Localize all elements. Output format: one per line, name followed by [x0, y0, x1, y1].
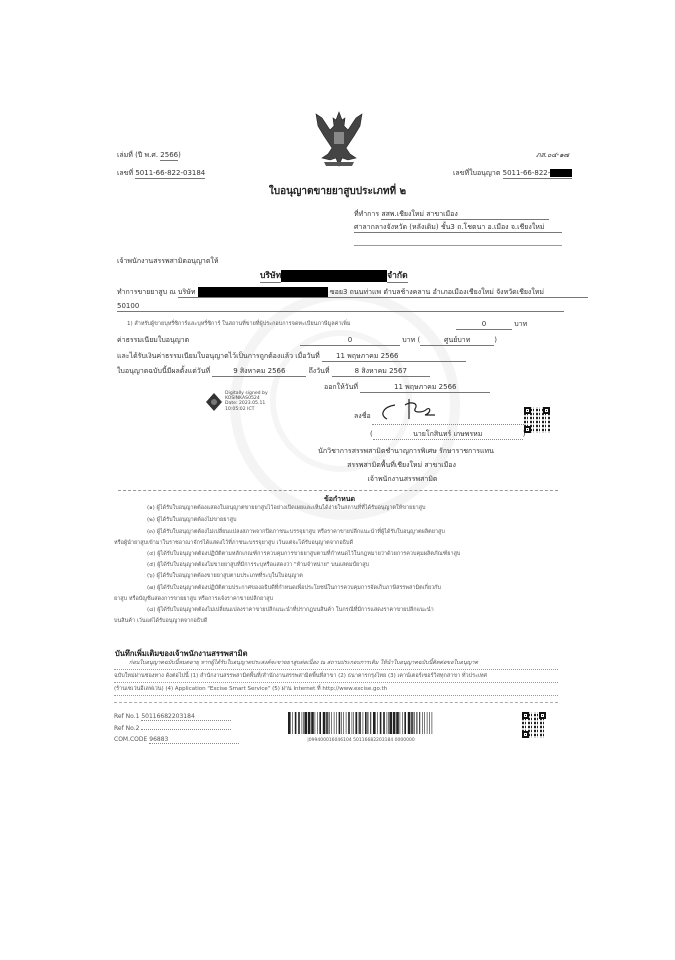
notes-rule [114, 669, 558, 670]
book-year: 2566 [160, 151, 178, 161]
barcode-text: |099400016046104 50116682203184 0000000 [288, 738, 434, 743]
book-number: เล่มที่ (ปี พ.ศ. 2566) [117, 151, 181, 161]
signer-title-1: นักวิชาการสรรพสามิตชำนาญการพิเศษ รักษารา… [0, 447, 675, 456]
condition-item: (๕) ผู้ได้รับใบอนุญาตต้องไม่ขายยาสูบที่ม… [147, 562, 369, 569]
garuda-emblem-icon [312, 108, 366, 170]
qr-code-icon [524, 407, 550, 433]
fee-value: 0 บาท (ศูนย์บาท) [300, 336, 497, 346]
divider [114, 702, 558, 703]
document-number: เลขที่ 5011-66-822-03184 [117, 169, 205, 179]
condition-item: (๔) ผู้ได้รับใบอนุญาตต้องปฏิบัติตามหลักเ… [147, 551, 460, 558]
notes-line-2: ฉบับใหม่ผ่านช่องทาง ดังต่อไปนี้ (1) สำนั… [114, 673, 487, 680]
condition-item: (๓) ผู้ได้รับใบอนุญาตต้องไม่เปลี่ยนแปลงส… [147, 529, 445, 536]
condition-item: (๑) ผู้ได้รับใบอนุญาตต้องแสดงใบอนุญาตขาย… [147, 505, 426, 512]
notes-rule [114, 695, 558, 696]
signature-seal-icon [206, 393, 222, 411]
condition-item: ยาสูบ หรือบัญชีแสดงการขายยาสูบ หรือการแจ… [114, 596, 273, 603]
condition-item: (๗) ผู้ได้รับใบอนุญาตต้องปฏิบัติตามประกา… [147, 585, 441, 592]
office-line-2: ศาลากลางจังหวัด (หลังเดิม) ชั้น3 ถ.โชตนา… [354, 223, 562, 233]
extra-fee-note: 1) สำหรับผู้ขายบุหรี่ซิการ์และบุหรี่ซิกา… [127, 321, 351, 328]
license-document-page: { "header": { "book_no_label": "เล่มที่ … [0, 0, 675, 960]
form-code: ภส.๐๔-๑๗ [536, 151, 569, 160]
notes-rule [114, 682, 558, 683]
signature-line [372, 424, 536, 425]
condition-item: บนสินค้า เว้นแต่ได้รับอนุญาตจากอธิบดี [114, 618, 207, 625]
barcode-icon [288, 712, 434, 734]
notes-title: บันทึกเพิ่มเติมของเจ้าพนักงานสรรพสามิต [115, 648, 247, 660]
extra-fee: 0 บาท [456, 320, 527, 330]
office-line-1: ที่ทำการ สสพ.เชียงใหม่ สาขาเมือง [354, 210, 549, 220]
redacted-place [198, 287, 328, 297]
received-date: และได้รับเงินค่าธรรมเนียมใบอนุญาตไว้เป็น… [117, 352, 466, 362]
signer-name: (นายโกสินทร์ เกษพรหม) [370, 430, 525, 440]
com-code: COM.CODE 96883 [114, 736, 239, 744]
license-number-value: 5011-66-822- [503, 169, 573, 179]
grant-intro: เจ้าพนักงานสรรพสามิตอนุญาตให้ [117, 257, 218, 266]
condition-item: (๖) ผู้ได้รับใบอนุญาตต้องขายยาสูบตามประเ… [147, 573, 303, 580]
qr-code-icon [522, 712, 546, 738]
sale-place: ทำการขายยาสูบ ณ บริษัท ซอย3 ถนนท่าแพ ตำบ… [117, 287, 588, 298]
notes-line-3: (ร้านเซเว่นอีเลฟเว่น) (4) Application "E… [114, 686, 387, 693]
redacted-block [550, 169, 572, 177]
condition-item: หรือผู้นำยาสูบเข้ามาในราชอาณาจักรได้แสดง… [114, 540, 353, 547]
sign-label: ลงชื่อ [354, 412, 371, 421]
handwritten-signature-icon [375, 397, 445, 423]
valid-period: ใบอนุญาตฉบับนี้มีผลตั้งแต่วันที่ 9 สิงหา… [117, 367, 430, 377]
office-line-3 [354, 245, 562, 246]
licensee-company: บริษัทจำกัด [260, 268, 408, 283]
document-title: ใบอนุญาตขายยาสูบประเภทที่ ๒ [0, 184, 675, 199]
notes-line-1: ก่อนใบอนุญาตฉบับนี้หมดอายุ หากผู้ได้รับใ… [129, 660, 478, 667]
signer-title-2: สรรพสามิตพื้นที่เชียงใหม่ สาขาเมือง [0, 461, 675, 470]
license-number: เลขที่ใบอนุญาต 5011-66-822- [453, 169, 572, 179]
issued-date: ออกให้วันที่ 11 พฤษภาคม 2566 [324, 383, 490, 393]
postcode: 50100 [117, 302, 564, 312]
ref-no-1: Ref No.1 50116682203184 [114, 713, 231, 721]
condition-item: (๒) ผู้ได้รับใบอนุญาตต้องไม่ขายยาสูบ [147, 517, 236, 524]
conditions-title: ข้อกำหนด [0, 494, 675, 505]
signer-title-3: เจ้าพนักงานสรรพสามิต [0, 475, 675, 484]
divider [118, 490, 558, 491]
ref-no-2: Ref No.2 [114, 725, 231, 732]
fee-label: ค่าธรรมเนียมใบอนุญาต [117, 336, 189, 345]
condition-item: (๘) ผู้ได้รับใบอนุญาตต้องไม่เปลี่ยนแปลงร… [147, 607, 434, 614]
document-number-value: 5011-66-822-03184 [135, 169, 205, 179]
redacted-company [281, 270, 387, 282]
